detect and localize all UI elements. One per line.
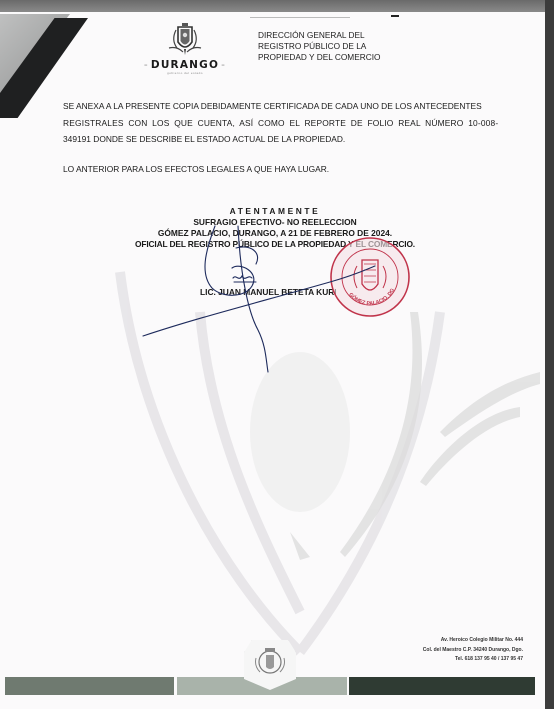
- address-line: Col. del Maestro C.P. 34240 Durango, Dgo…: [423, 646, 523, 656]
- durango-crest-icon: [165, 22, 205, 58]
- office-line: REGISTRO PÚBLICO DE LA: [258, 41, 380, 52]
- office-line: DIRECCIÓN GENERAL DEL: [258, 30, 380, 41]
- document-page: DURANGO gobierno del estado DIRECCIÓN GE…: [0, 12, 545, 709]
- official-seal-icon: GÓMEZ PALACIO, DGO.: [329, 236, 411, 318]
- closing-statement: LO ANTERIOR PARA LOS EFECTOS LEGALES A Q…: [63, 164, 329, 174]
- header-rule: [250, 17, 350, 18]
- viewer-right-edge: [545, 0, 554, 709]
- address-line: Av. Heroico Colegio Militar No. 444: [423, 636, 523, 646]
- office-line: PROPIEDAD Y DEL COMERCIO: [258, 52, 380, 63]
- footer-address: Av. Heroico Colegio Militar No. 444 Col.…: [423, 636, 523, 665]
- issuing-office: DIRECCIÓN GENERAL DEL REGISTRO PÚBLICO D…: [258, 30, 380, 63]
- signer-name: LIC. JUAN MANUEL BETETA KURI: [200, 287, 337, 297]
- logo-tagline: gobierno del estado: [140, 71, 230, 75]
- motto: SUFRAGIO EFECTIVO- NO REELECCION: [110, 217, 440, 228]
- paragraph-line: SE ANEXA A LA PRESENTE COPIA DEBIDAMENTE…: [63, 98, 503, 115]
- viewer-top-bar: [0, 0, 554, 12]
- durango-logo: DURANGO gobierno del estado: [140, 22, 230, 80]
- body-paragraph: SE ANEXA A LA PRESENTE COPIA DEBIDAMENTE…: [63, 98, 503, 148]
- salutation: ATENTAMENTE: [110, 206, 440, 217]
- address-line: Tel. 618 137 95 40 / 137 95 47: [423, 655, 523, 665]
- header-mark: [391, 15, 399, 17]
- paragraph-line: 349191 DONDE SE DESCRIBE EL ESTADO ACTUA…: [63, 131, 503, 148]
- logo-wordmark: DURANGO: [140, 59, 230, 71]
- paragraph-line: REGISTRALES CON LOS QUE CUENTA, ASÍ COMO…: [63, 115, 503, 132]
